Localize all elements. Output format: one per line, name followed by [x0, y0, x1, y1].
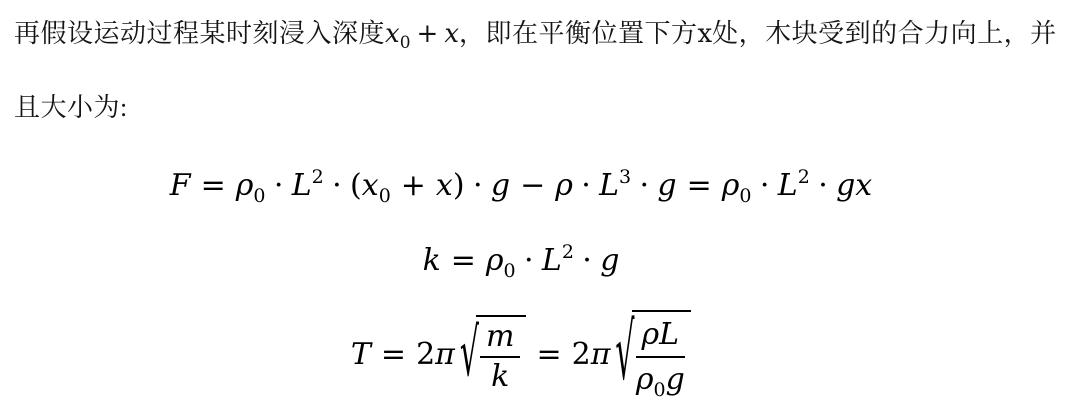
fraction-denominator: ρ0g — [636, 358, 685, 399]
paragraph-line-2: 且大小为: — [14, 91, 128, 125]
math-token: π — [435, 340, 455, 370]
fraction: ρLρ0g — [636, 315, 686, 399]
math-operator: = — [687, 171, 712, 201]
paragraph-line-1: 再假设运动过程某时刻浸入深度x0+x，即在平衡位置下方x处，木块受到的合力向上，… — [14, 17, 1057, 51]
math-token: x — [362, 171, 379, 201]
math-token: ρ — [486, 246, 504, 276]
math-group: =2π — [526, 340, 610, 370]
math-operator: = — [381, 340, 406, 370]
math-token: 2 — [572, 340, 591, 370]
math-dot-operator: ⋅ — [582, 246, 592, 276]
math-dot-operator: ⋅ — [818, 171, 828, 201]
math-token: ρ — [722, 171, 740, 201]
inline-math-x: x — [698, 19, 713, 49]
formula-period: T=2π √mk =2π √ρLρ0g — [0, 310, 1042, 399]
text-run: 再假设运动过程某时刻浸入深度 — [14, 19, 385, 48]
math-token: F — [170, 171, 191, 201]
math-token: ρ — [636, 362, 654, 397]
math-token: ρ — [555, 171, 573, 201]
math-token: L — [659, 317, 679, 352]
math-operator: = — [451, 246, 476, 276]
fraction-denominator: k — [491, 358, 509, 395]
radicand: mk — [476, 315, 526, 395]
formula-force: F=ρ0⋅L2⋅(x0+x)⋅g−ρ⋅L3⋅g=ρ0⋅L2⋅gx — [0, 171, 1042, 201]
text-run: ，即在平衡位置下方 — [459, 19, 698, 48]
inline-math-x0-plus-x: x0+x — [385, 19, 459, 49]
radical-icon: √ — [615, 316, 634, 394]
math-token: T — [351, 340, 371, 370]
math-token: x — [444, 19, 459, 49]
math-operator: = — [201, 171, 226, 201]
math-dot-operator: ⋅ — [332, 171, 342, 201]
radical-icon: √ — [460, 322, 479, 388]
math-dot-operator: ⋅ — [639, 171, 649, 201]
math-dot-operator: ⋅ — [581, 171, 591, 201]
math-paren: ( — [350, 171, 362, 201]
math-operator: − — [520, 171, 545, 201]
math-dot-operator: ⋅ — [473, 171, 483, 201]
math-token: g — [491, 171, 510, 201]
math-operator: = — [536, 340, 561, 370]
math-dot-operator: ⋅ — [273, 171, 283, 201]
fraction-numerator: m — [480, 320, 520, 359]
math-token: L — [292, 171, 312, 201]
math-dot-operator: ⋅ — [760, 171, 770, 201]
radicand: ρLρ0g — [632, 310, 692, 399]
fraction-numerator: ρL — [636, 315, 686, 358]
text-run: 处，木块受到的合力向上，并 — [712, 19, 1057, 48]
math-token: π — [591, 340, 611, 370]
formula-stiffness: k=ρ0⋅L2⋅g — [0, 246, 1042, 276]
math-token: L — [542, 246, 562, 276]
math-token: gx — [836, 171, 872, 201]
math-token: L — [778, 171, 798, 201]
square-root: √ρLρ0g — [615, 310, 691, 399]
square-root: √mk — [460, 315, 527, 395]
math-dot-operator: ⋅ — [524, 246, 534, 276]
math-subscript: 0 — [400, 33, 411, 53]
math-token: ρ — [642, 317, 660, 352]
math-subscript: 0 — [653, 379, 665, 401]
math-token: + — [411, 19, 445, 49]
math-token: k — [423, 246, 441, 276]
math-operator: + — [401, 171, 426, 201]
math-token: x — [385, 19, 400, 49]
math-token: x — [436, 171, 453, 201]
math-token: g — [666, 362, 685, 397]
math-token: ρ — [236, 171, 254, 201]
fraction: mk — [480, 320, 520, 395]
document-page: 再假设运动过程某时刻浸入深度x0+x，即在平衡位置下方x处，木块受到的合力向上，… — [0, 0, 1080, 416]
math-token: 2 — [416, 340, 435, 370]
math-group: T=2π — [351, 340, 455, 370]
math-token: g — [600, 246, 619, 276]
text-run: 且大小为: — [14, 93, 128, 122]
math-token: g — [657, 171, 676, 201]
math-paren: ) — [453, 171, 465, 201]
math-token: L — [599, 171, 619, 201]
